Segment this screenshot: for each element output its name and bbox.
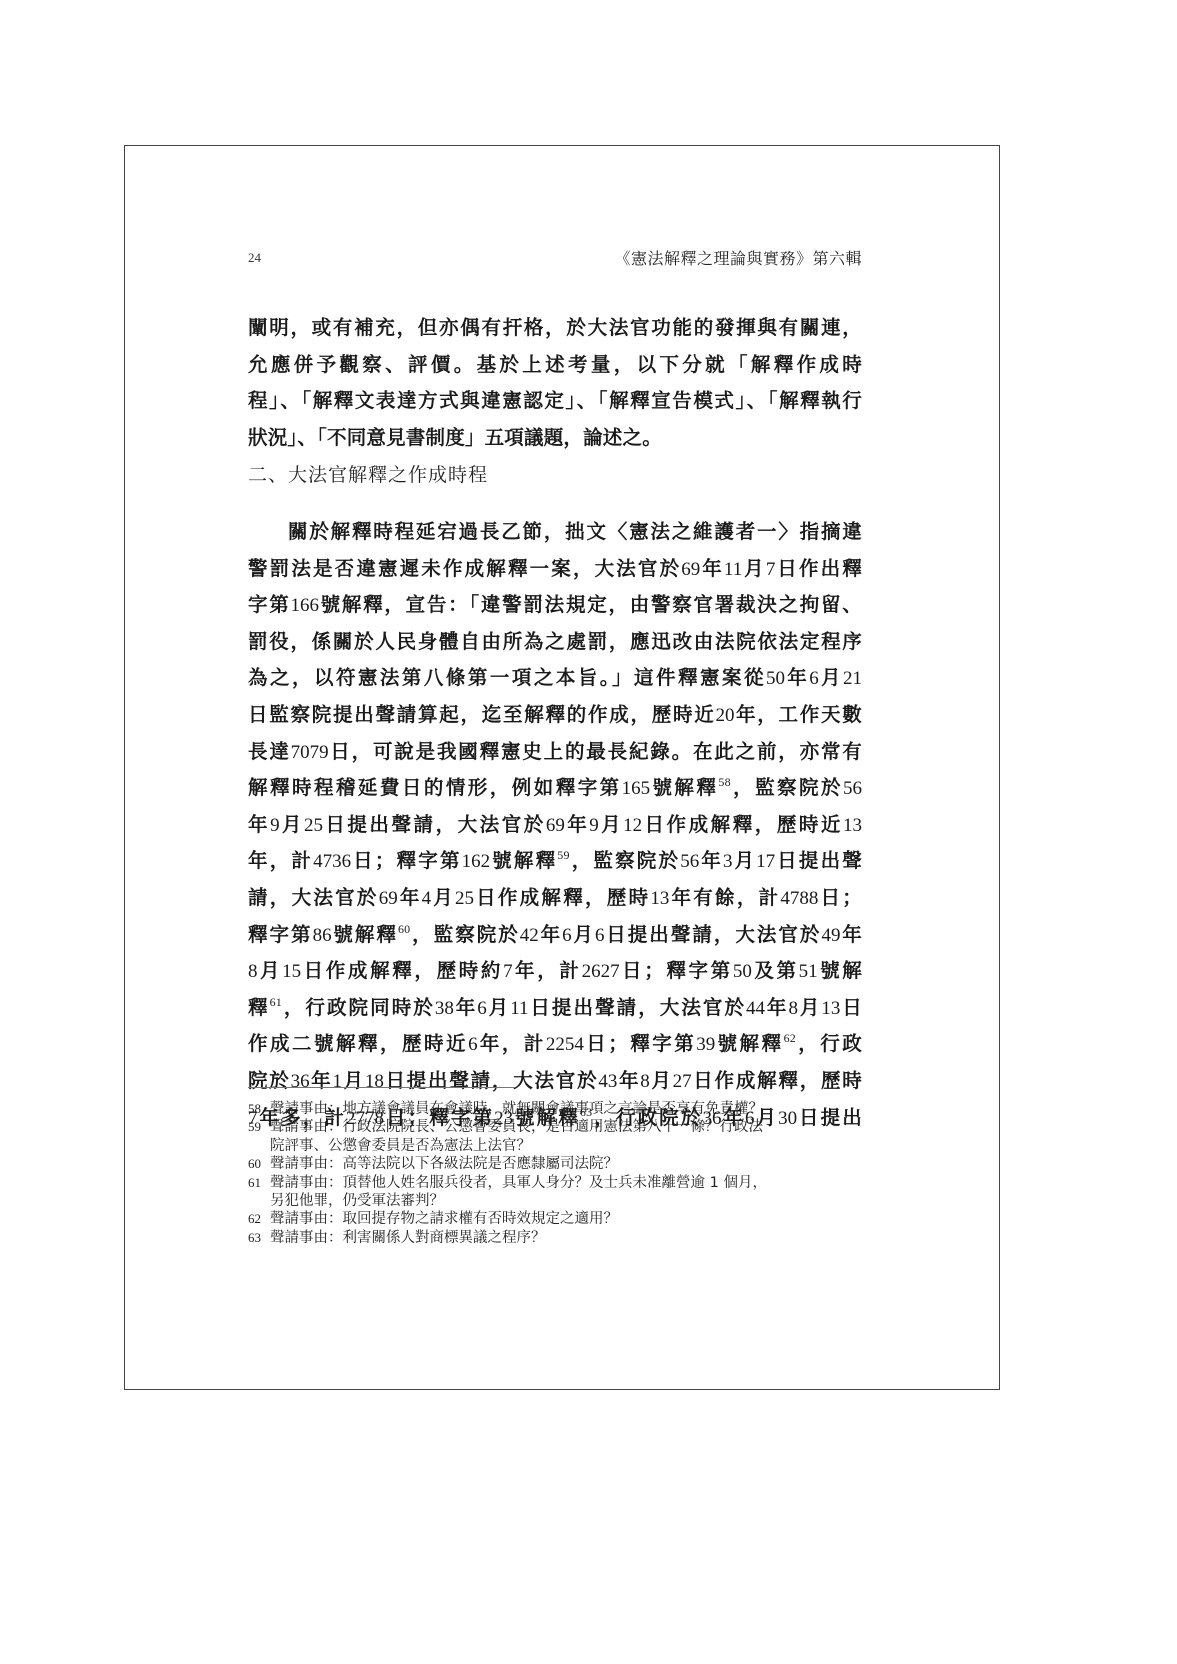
footnote-text: 聲請事由：利害關係人對商標異議之程序？ [270,1230,546,1246]
numeral: 36 [291,1071,310,1092]
numeral: 69 [379,888,398,909]
page-number: 24 [248,250,261,266]
text-line: 釋61，行政院同時於38年6月11日提出聲請，大法官於44年8月13日 [248,990,862,1027]
numeral: 69 [546,815,565,836]
footnote-number: 63 [248,1229,270,1247]
text-line: 警罰法是否違憲遲未作成解釋一案，大法官於69年11月7日作出釋 [248,551,862,588]
numeral: 7079 [291,742,329,763]
footnote-62: 62聲請事由：取回提存物之請求權有否時效規定之適用？ [248,1210,862,1228]
footnote-60: 60聲請事由：高等法院以下各級法院是否應隸屬司法院？ [248,1155,862,1173]
numeral: 18 [365,1071,384,1092]
numeral: 162 [462,851,491,872]
paragraph-continuation: 闡明，或有補充，但亦偶有扞格，於大法官功能的發揮與有關連， 允應併予觀察、評價。… [248,310,862,456]
text-line: 日監察院提出聲請算起，迄至解釋的作成，歷時近20年，工作天數 [248,697,862,734]
text-line: 罰役，係關於人民身體自由所為之處罰，應迅改由法院依法定程序 [248,624,862,661]
footnote-61: 61聲請事由：頂替他人姓名服兵役者，具軍人身分？及士兵未准離營逾 1 個月，另犯… [248,1174,862,1211]
numeral: 69 [681,559,700,580]
numeral: 13 [650,888,669,909]
footnote-ref[interactable]: 59 [557,848,569,862]
numeral: 51 [799,961,818,982]
footnote-58: 58聲請事由：地方議會議員在會議時，就無關會議事項之言論是否享有免責權？ [248,1100,862,1118]
numeral: 39 [696,1034,715,1055]
text-line: 狀況」、「不同意見書制度」五項議題，論述之。 [248,420,862,457]
numeral: 6 [468,1034,478,1055]
text-line: 年9月25日提出聲請，大法官於69年9月12日作成解釋，歷時近13 [248,807,862,844]
text-line: 院於36年1月18日提出聲請，大法官於43年8月27日作成解釋，歷時 [248,1063,862,1100]
numeral: 2254 [546,1034,584,1055]
numeral: 49 [821,925,840,946]
text-line: 闡明，或有補充，但亦偶有扞格，於大法官功能的發揮與有關連， [248,310,862,347]
numeral: 17 [756,851,775,872]
numeral: 43 [598,1071,617,1092]
numeral: 50 [733,961,752,982]
numeral: 56 [680,851,699,872]
text-line: 8月15日作成解釋，歷時約7年，計2627日；釋字第50及第51號解 [248,953,862,990]
numeral: 21 [843,668,862,689]
numeral: 25 [455,888,474,909]
numeral: 7 [503,961,513,982]
running-head: 《憲法解釋之理論與實務》第六輯 [614,246,862,269]
numeral: 8 [640,1071,650,1092]
numeral: 20 [716,705,735,726]
paragraph-timeline: 關於解釋時程延宕過長乙節，拙文〈憲法之維護者一〉指摘違警罰法是否違憲遲未作成解釋… [248,514,862,1136]
numeral: 3 [723,851,733,872]
numeral: 13 [843,815,862,836]
numeral: 6 [477,998,487,1019]
footnote-text: 另犯他罪，仍受軍法審判？ [248,1192,862,1210]
numeral: 6 [595,925,605,946]
text-line: 解釋時程稽延費日的情形，例如釋字第165號解釋58，監察院於56 [248,770,862,807]
numeral: 11 [510,998,528,1019]
footnote-ref[interactable]: 60 [398,922,410,936]
numeral: 50 [766,668,785,689]
text-line: 程」、「解釋文表達方式與違憲認定」、「解釋宣告模式」、「解釋執行 [248,383,862,420]
numeral: 42 [520,925,539,946]
numeral: 13 [821,998,840,1019]
numeral: 27 [673,1071,692,1092]
footnote-text: 聲請事由：行政法院院長、公懲會委員長，是否適用憲法第八十一條？行政法 [270,1119,763,1135]
footnote-59: 59聲請事由：行政法院院長、公懲會委員長，是否適用憲法第八十一條？行政法院評事、… [248,1118,862,1155]
footnote-63: 63聲請事由：利害關係人對商標異議之程序？ [248,1229,862,1247]
footnotes: 58聲請事由：地方議會議員在會議時，就無關會議事項之言論是否享有免責權？59聲請… [248,1100,862,1247]
footnote-number: 59 [248,1118,270,1136]
text-line: 年，計4736日；釋字第162號解釋59，監察院於56年3月17日提出聲 [248,843,862,880]
footnote-text: 聲請事由：取回提存物之請求權有否時效規定之適用？ [270,1211,618,1227]
numeral: 4 [422,888,432,909]
footnote-text: 聲請事由：地方議會議員在會議時，就無關會議事項之言論是否享有免責權？ [270,1101,763,1117]
text-line: 請，大法官於69年4月25日作成解釋，歷時13年有餘，計4788日； [248,880,862,917]
numeral: 166 [291,595,320,616]
section-heading: 二、大法官解釋之作成時程 [248,460,488,487]
footnote-ref[interactable]: 61 [270,995,282,1009]
numeral: 7 [766,559,776,580]
numeral: 38 [435,998,454,1019]
footnote-text: 聲請事由：高等法院以下各級法院是否應隸屬司法院？ [270,1156,618,1172]
footnote-separator [248,1087,515,1088]
text-line: 為之，以符憲法第八條第一項之本旨。」這件釋憲案從50年6月21 [248,660,862,697]
numeral: 4788 [780,888,818,909]
footnote-text: 聲請事由：頂替他人姓名服兵役者，具軍人身分？及士兵未准離營逾 1 個月， [270,1175,767,1191]
footnote-number: 62 [248,1210,270,1228]
numeral: 25 [304,815,323,836]
numeral: 1 [332,1071,342,1092]
text-line: 允應併予觀察、評價。基於上述考量，以下分就「解釋作成時 [248,347,862,384]
numeral: 6 [562,925,572,946]
text-line: 釋字第86號解釋60，監察院於42年6月6日提出聲請，大法官於49年 [248,917,862,954]
numeral: 9 [589,815,599,836]
footnote-text: 院評事、公懲會委員是否為憲法上法官？ [248,1137,862,1155]
numeral: 4736 [313,851,351,872]
numeral: 9 [270,815,280,836]
numeral: 11 [724,559,742,580]
numeral: 8 [788,998,798,1019]
numeral: 44 [746,998,765,1019]
text-line: 作成二號解釋，歷時近6年，計2254日；釋字第39號解釋62，行政 [248,1026,862,1063]
footnote-ref[interactable]: 62 [784,1031,796,1045]
numeral: 56 [843,778,862,799]
numeral: 12 [623,815,642,836]
numeral: 8 [248,961,258,982]
text-line: 關於解釋時程延宕過長乙節，拙文〈憲法之維護者一〉指摘違 [248,514,862,551]
footnote-number: 61 [248,1174,270,1192]
footnote-ref[interactable]: 58 [718,775,730,789]
numeral: 165 [622,778,651,799]
text-line: 長達7079日，可說是我國釋憲史上的最長紀錄。在此之前，亦常有 [248,734,862,771]
numeral: 6 [809,668,819,689]
numeral: 2627 [582,961,620,982]
numeral: 15 [282,961,301,982]
numeral: 86 [313,925,332,946]
footnote-number: 60 [248,1155,270,1173]
text-line: 字第166號解釋，宣告：「違警罰法規定，由警察官署裁決之拘留、 [248,587,862,624]
footnote-number: 58 [248,1100,270,1118]
